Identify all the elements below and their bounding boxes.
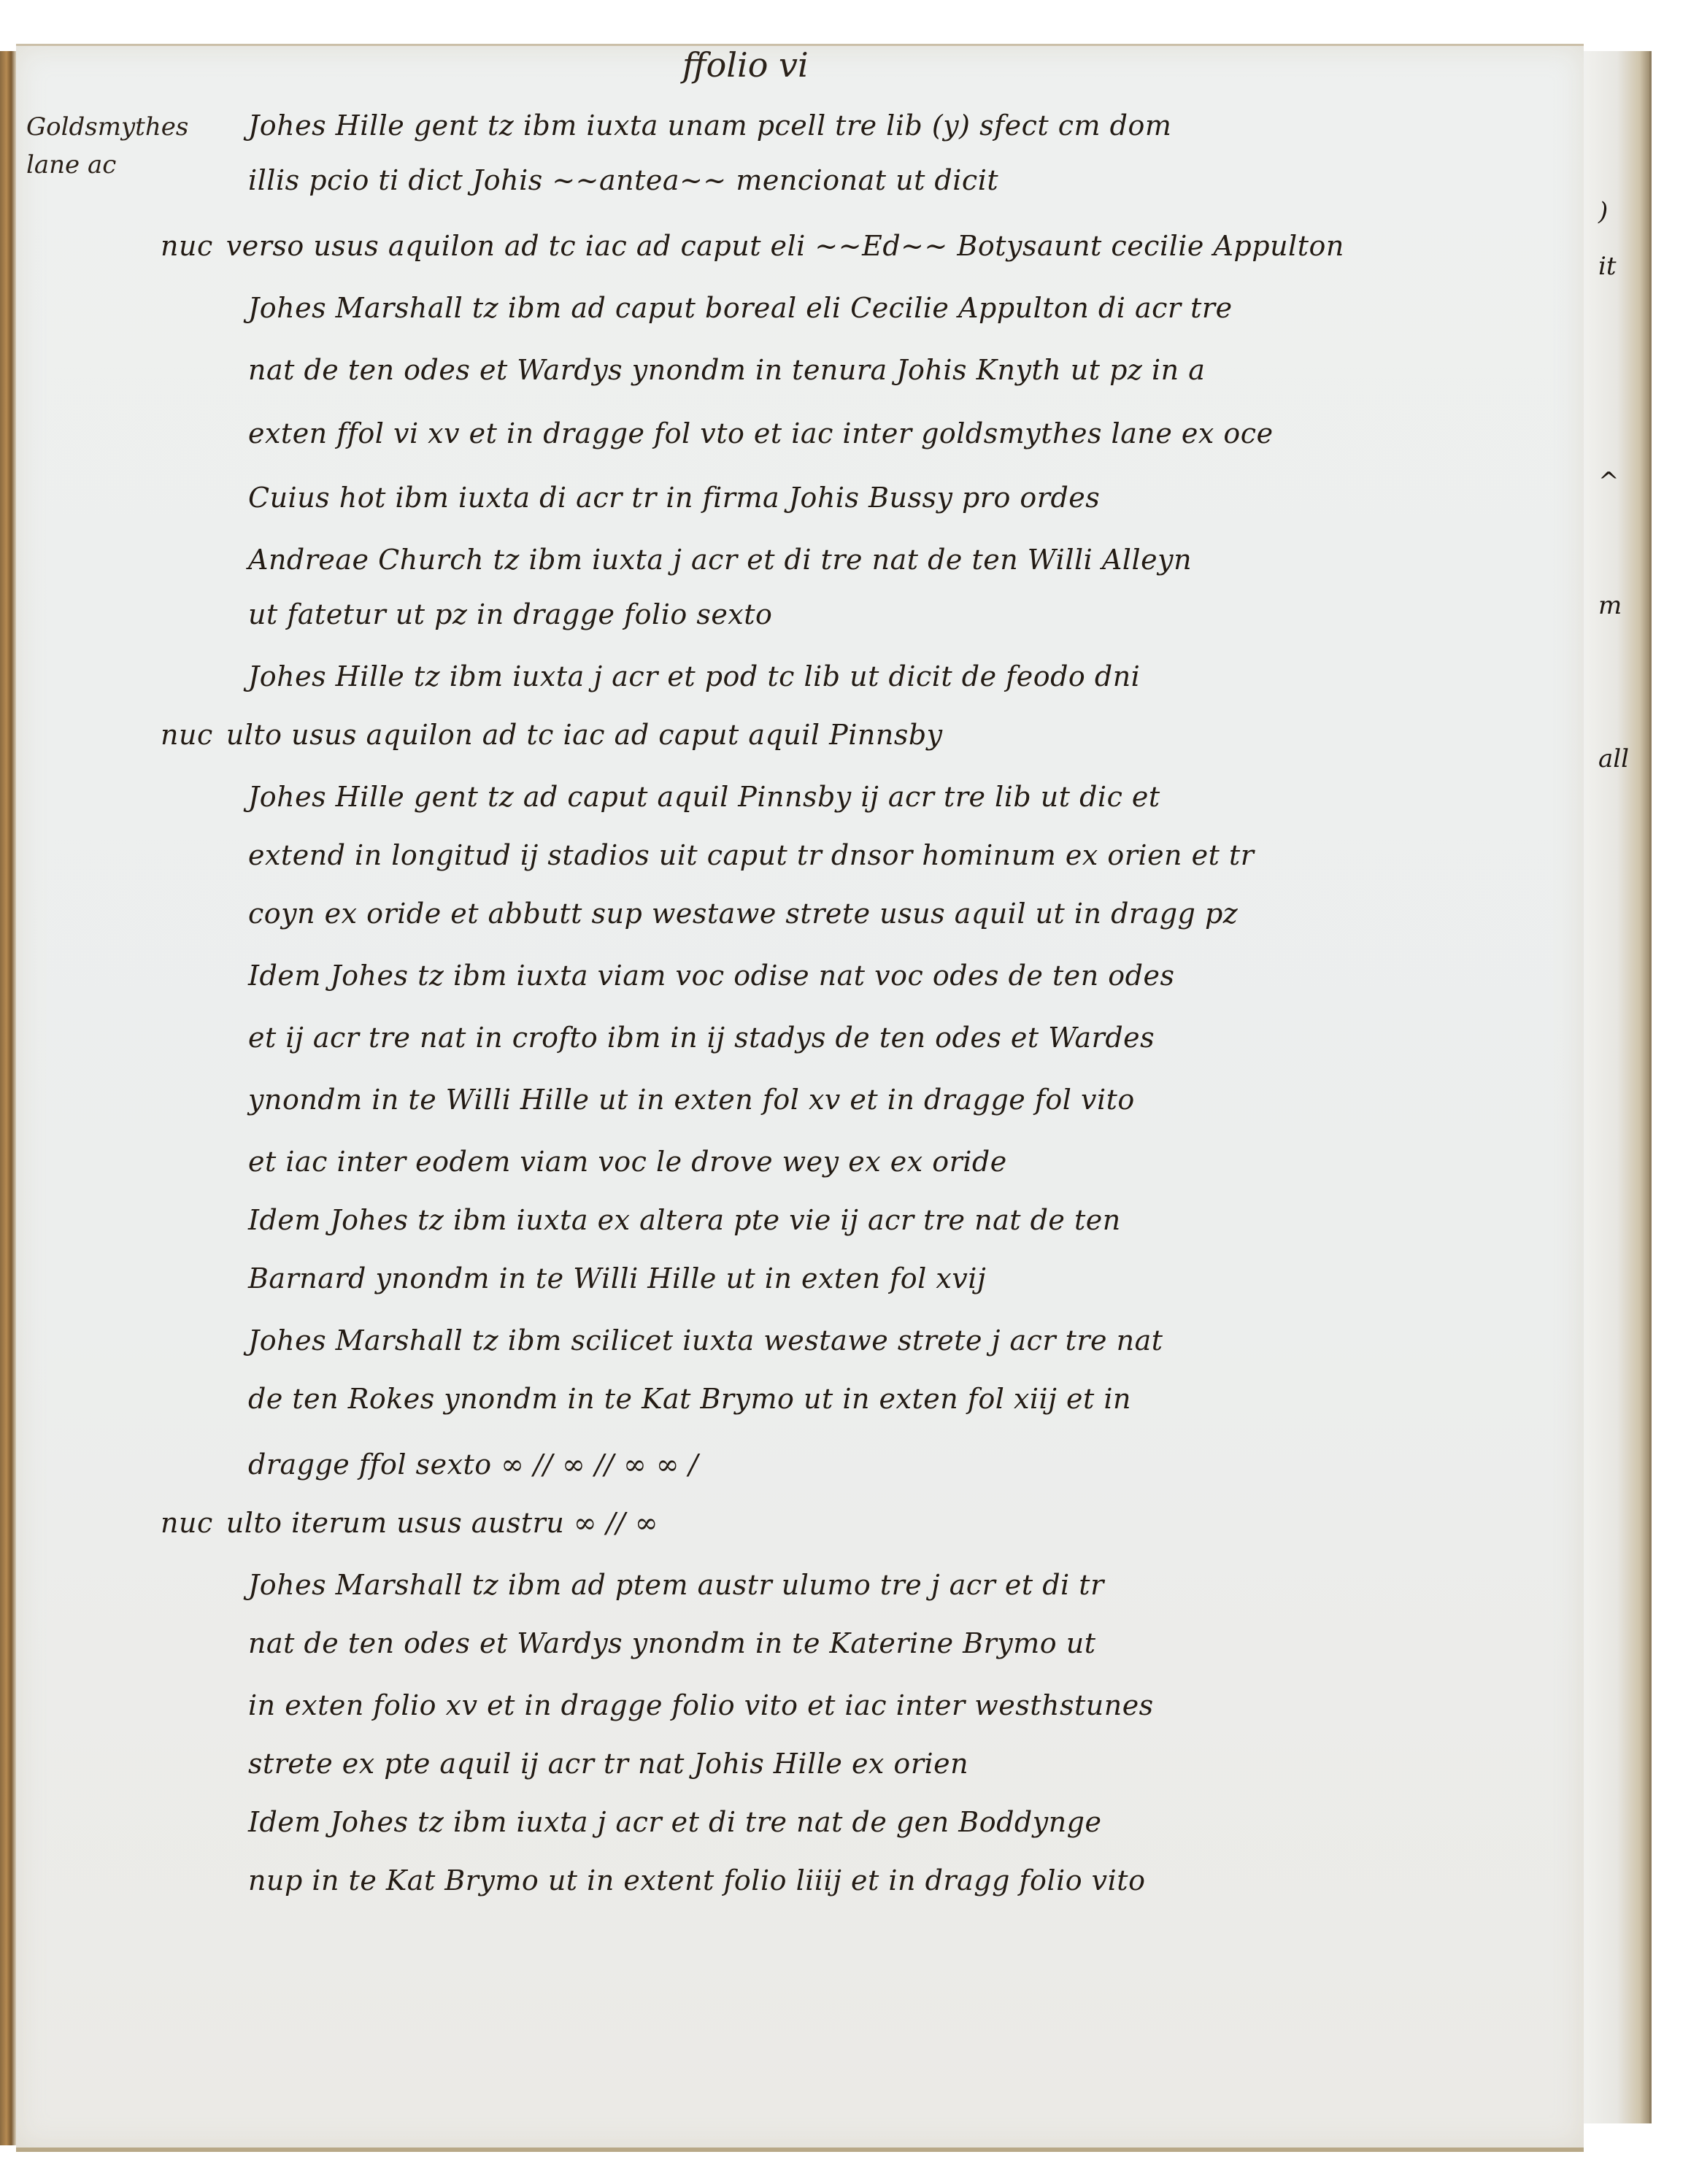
line-text: Johes Marshall tz ibm ad caput boreal el… (248, 292, 1233, 324)
manuscript-line: nat de ten odes et Wardys ynondm in te K… (248, 1627, 1095, 1659)
manuscript-line: extend in longitud ij stadios uit caput … (248, 839, 1254, 871)
line-text: Johes Hille tz ibm iuxta j acr et pod tc… (248, 660, 1140, 692)
manuscript-line: nucverso usus aquilon ad tc iac ad caput… (161, 230, 1344, 262)
manuscript-line: Johes Marshall tz ibm scilicet iuxta wes… (248, 1324, 1163, 1357)
manuscript-line: nat de ten odes et Wardys ynondm in tenu… (248, 354, 1205, 386)
manuscript-line: et ij acr tre nat in crofto ibm in ij st… (248, 1022, 1155, 1054)
line-text: Idem Johes tz ibm iuxta ex altera pte vi… (248, 1204, 1121, 1236)
line-text: exten ffol vi xv et in dragge fol vto et… (248, 417, 1274, 449)
line-text: Andreae Church tz ibm iuxta j acr et di … (248, 544, 1192, 576)
line-text: Cuius hot ibm iuxta di acr tr in firma J… (248, 482, 1100, 514)
manuscript-line: nuculto iterum usus austru ∞ // ∞ (161, 1507, 658, 1539)
edge-mark: m (1598, 591, 1622, 620)
line-text: et ij acr tre nat in crofto ibm in ij st… (248, 1022, 1155, 1054)
line-text: ulto usus aquilon ad tc iac ad caput aqu… (226, 719, 943, 751)
edge-mark: it (1598, 252, 1617, 281)
line-text: Johes Hille gent tz ad caput aquil Pinns… (248, 781, 1160, 813)
manuscript-line: Idem Johes tz ibm iuxta j acr et di tre … (248, 1806, 1102, 1838)
manuscript-line: coyn ex oride et abbutt sup westawe stre… (248, 898, 1238, 930)
line-text: Johes Hille gent tz ibm iuxta unam pcell… (248, 109, 1171, 142)
book-spine-edge (0, 51, 16, 2145)
manuscript-line: Johes Marshall tz ibm ad ptem austr ulum… (248, 1569, 1104, 1601)
line-text: Idem Johes tz ibm iuxta viam voc odise n… (248, 960, 1175, 992)
manuscript-line: Cuius hot ibm iuxta di acr tr in firma J… (248, 482, 1100, 514)
line-text: ynondm in te Willi Hille ut in exten fol… (248, 1084, 1135, 1116)
line-text: Barnard ynondm in te Willi Hille ut in e… (248, 1262, 986, 1294)
manuscript-line: de ten Rokes ynondm in te Kat Brymo ut i… (248, 1383, 1131, 1415)
line-text: strete ex pte aquil ij acr tr nat Johis … (248, 1748, 968, 1780)
edge-mark: all (1598, 744, 1629, 773)
manuscript-line: et iac inter eodem viam voc le drove wey… (248, 1146, 1007, 1178)
manuscript-line: Idem Johes tz ibm iuxta viam voc odise n… (248, 960, 1175, 992)
manuscript-line: illis pcio ti dict Johis ~~antea~~ menci… (248, 164, 998, 196)
manuscript-line: ut fatetur ut pz in dragge folio sexto (248, 598, 772, 630)
line-text: Johes Marshall tz ibm ad ptem austr ulum… (248, 1569, 1104, 1601)
line-text: dragge ffol sexto ∞ // ∞ // ∞ ∞ / (248, 1448, 698, 1481)
line-text: ulto iterum usus austru ∞ // ∞ (226, 1507, 658, 1539)
folio-heading: ffolio vi (682, 45, 809, 85)
manuscript-line: strete ex pte aquil ij acr tr nat Johis … (248, 1748, 968, 1780)
manuscript-line: in exten folio xv et in dragge folio vit… (248, 1689, 1154, 1721)
line-text: coyn ex oride et abbutt sup westawe stre… (248, 898, 1238, 930)
line-text: illis pcio ti dict Johis ~~antea~~ menci… (248, 164, 998, 196)
line-text: verso usus aquilon ad tc iac ad caput el… (226, 230, 1344, 262)
manuscript-line: dragge ffol sexto ∞ // ∞ // ∞ ∞ / (248, 1448, 698, 1481)
manuscript-line: nuculto usus aquilon ad tc iac ad caput … (161, 719, 943, 751)
line-prefix: nuc (161, 719, 213, 751)
line-text: Idem Johes tz ibm iuxta j acr et di tre … (248, 1806, 1102, 1838)
line-text: ut fatetur ut pz in dragge folio sexto (248, 598, 772, 630)
margin-note-line-2: lane ac (26, 146, 116, 184)
line-text: extend in longitud ij stadios uit caput … (248, 839, 1254, 871)
line-text: nup in te Kat Brymo ut in extent folio l… (248, 1864, 1145, 1896)
edge-mark: ^ (1598, 467, 1619, 496)
line-prefix: nuc (161, 1507, 213, 1539)
line-prefix: nuc (161, 230, 213, 262)
edge-mark: ) (1598, 197, 1608, 226)
line-text: nat de ten odes et Wardys ynondm in te K… (248, 1627, 1095, 1659)
line-text: Johes Marshall tz ibm scilicet iuxta wes… (248, 1324, 1163, 1357)
manuscript-line: exten ffol vi xv et in dragge fol vto et… (248, 417, 1274, 449)
line-text: et iac inter eodem viam voc le drove wey… (248, 1146, 1007, 1178)
manuscript-line: nup in te Kat Brymo ut in extent folio l… (248, 1864, 1145, 1896)
manuscript-line: Andreae Church tz ibm iuxta j acr et di … (248, 544, 1192, 576)
manuscript-line: ynondm in te Willi Hille ut in exten fol… (248, 1084, 1135, 1116)
line-text: nat de ten odes et Wardys ynondm in tenu… (248, 354, 1205, 386)
manuscript-line: Idem Johes tz ibm iuxta ex altera pte vi… (248, 1204, 1121, 1236)
manuscript-line: Johes Hille gent tz ibm iuxta unam pcell… (248, 109, 1171, 142)
manuscript-line: Johes Marshall tz ibm ad caput boreal el… (248, 292, 1233, 324)
line-text: in exten folio xv et in dragge folio vit… (248, 1689, 1154, 1721)
margin-note-line-1: Goldsmythes (26, 108, 188, 146)
manuscript-line: Barnard ynondm in te Willi Hille ut in e… (248, 1262, 986, 1294)
line-text: de ten Rokes ynondm in te Kat Brymo ut i… (248, 1383, 1131, 1415)
manuscript-line: Johes Hille tz ibm iuxta j acr et pod tc… (248, 660, 1140, 692)
manuscript-line: Johes Hille gent tz ad caput aquil Pinns… (248, 781, 1160, 813)
